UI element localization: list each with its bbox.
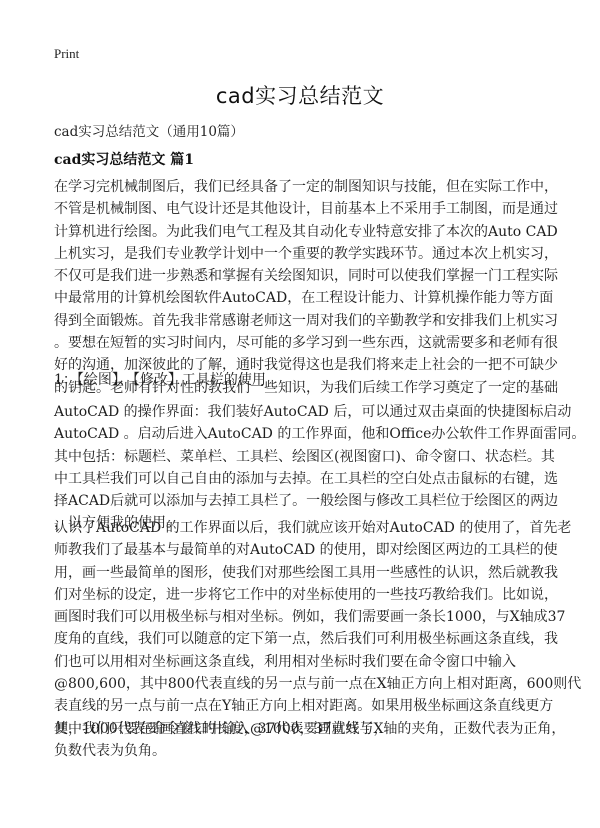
text-line: 们也可以用相对坐标画这条直线，利用相对坐标时我们要在命令窗口中输入 <box>54 651 554 673</box>
text-line: 。要想在短暂的实习时间内，尽可能的多学习到一些东西，这就需要多和老师有很 <box>54 332 554 354</box>
text-line: 认识了AutoCAD 的工作界面以后，我们就应该开始对AutoCAD 的使用了，… <box>54 517 554 539</box>
text-line: 中工具栏我们可以自己自由的添加与去掉。在工具栏的空白处点击鼠标的右键，选 <box>54 468 554 490</box>
text-line: 不管是机械制图、电气设计还是其他设计，目前基本上不采用手工制图，而是通过 <box>54 198 554 220</box>
text-line: 择ACAD后就可以添加与去掉工具栏了。一般绘图与修改工具栏位于绘图区的两边 <box>54 490 554 512</box>
paragraph-interface: AutoCAD 的操作界面：我们装好AutoCAD 后，可以通过双击桌面的快捷图… <box>54 401 554 535</box>
text-line: 负数代表为负角。 <box>54 740 554 762</box>
text-line: 计算机进行绘图。为此我们电气工程及其自动化专业特意安排了本次的Auto CAD <box>54 221 554 243</box>
text-line: 度角的直线，我们可以随意的定下第一点，然后我们可利用极坐标画这条直线，我 <box>54 628 554 650</box>
text-line: 得到全面锻炼。首先我非常感谢老师这一周对我们的辛勤教学和安排我们上机实习 <box>54 310 554 332</box>
text-line: 中最常用的计算机绘图软件AutoCAD，在工程设计能力、计算机操作能力等方面 <box>54 287 554 309</box>
text-line: @800,600，其中800代表直线的另一点与前一点在X轴正方向上相对距离，60… <box>54 673 554 695</box>
text-line: 不仅可是我们进一步熟悉和掌握有关绘图知识，同时可以使我们掌握一门工程实际 <box>54 265 554 287</box>
document-page: Print cad实习总结范文 cad实习总结范文（通用10篇） cad实习总结… <box>0 0 600 828</box>
paragraph-angle: 其中1000代表要画直线的长度，37代表要画直线与X轴的夹角，正数代表为正角， … <box>54 718 554 763</box>
text-line: 用，画一些最简单的图形，使我们对那些绘图工具用一些感性的认识，然后就教我 <box>54 562 554 584</box>
sub-heading: 1：【绘图】、【修改】工具栏的使用 <box>54 369 266 389</box>
paragraph-coordinates: 认识了AutoCAD 的工作界面以后，我们就应该开始对AutoCAD 的使用了，… <box>54 517 554 740</box>
text-line: 其中1000代表要画直线的长度，37代表要画直线与X轴的夹角，正数代表为正角， <box>54 718 554 740</box>
page-title: cad实习总结范文 <box>0 80 600 110</box>
print-label: Print <box>54 46 79 62</box>
text-line: 师教我们了最基本与最简单的对AutoCAD 的使用，即对绘图区两边的工具栏的使 <box>54 539 554 561</box>
text-line: 表直线的另一点与前一点在Y轴正方向上相对距离。如果用极坐标画这条直线更方 <box>54 695 554 717</box>
text-line: 上机实习，是我们专业教学计划中一个重要的教学实践环节。通过本次上机实习， <box>54 243 554 265</box>
text-line: 画图时我们可以用极坐标与相对坐标。例如，我们需要画一条长1000，与X轴成37 <box>54 606 554 628</box>
paragraph-intro: 在学习完机械制图后，我们已经具备了一定的制图知识与技能，但在实际工作中， 不管是… <box>54 176 554 399</box>
text-line: 在学习完机械制图后，我们已经具备了一定的制图知识与技能，但在实际工作中， <box>54 176 554 198</box>
text-line: 其中包括：标题栏、菜单栏、工具栏、绘图区(视图窗口)、命令窗口、状态栏。其 <box>54 446 554 468</box>
text-line: AutoCAD 。启动后进入AutoCAD 的工作界面，他和Office办公软件… <box>54 423 554 445</box>
section-heading: cad实习总结范文 篇1 <box>54 149 194 169</box>
text-line: 们对坐标的设定，进一步将它工作中的对坐标使用的一些技巧教给我们。比如说， <box>54 584 554 606</box>
document-subtitle: cad实习总结范文（通用10篇） <box>54 120 244 140</box>
text-line: AutoCAD 的操作界面：我们装好AutoCAD 后，可以通过双击桌面的快捷图… <box>54 401 554 423</box>
